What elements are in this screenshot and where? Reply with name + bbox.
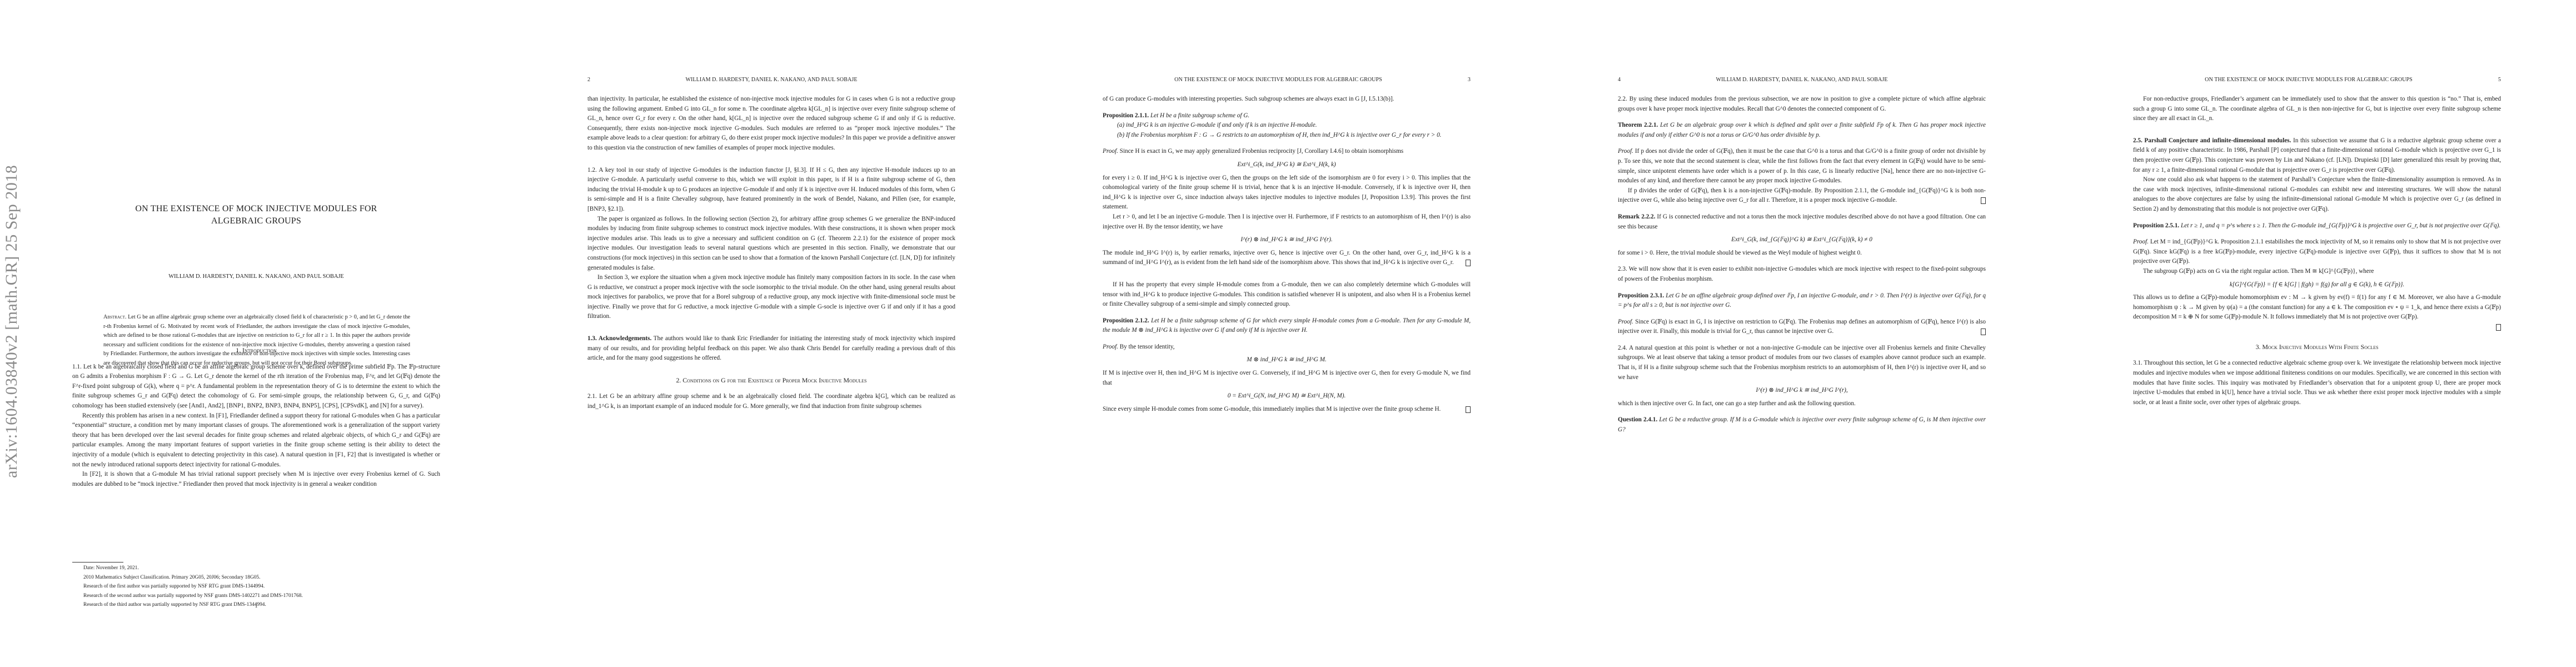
proposition-label: Proposition 2.5.1. [2133,222,2179,229]
equation-ext-iso: Ext^i_G(k, ind_H^G k) ≅ Ext^i_H(k, k) [1103,160,1471,170]
theorem-label: Theorem 2.2.1. [1618,122,1658,128]
equation-remark: Ext^i_G(k, ind_{G(𝔽q)}^G k) ≅ Ext^i_{G(𝔽… [1618,235,1986,245]
running-head: ON THE EXISTENCE OF MOCK INJECTIVE MODUL… [2133,77,2501,86]
acknowledgements: 1.3. Acknowledgements. The authors would… [587,334,955,364]
footnote-msc: 2010 Mathematics Subject Classification.… [83,573,461,583]
equation-invariants: k[G]^{G(𝔽p)} = {f ∈ k[G] | f(gh) = f(g) … [2133,280,2501,290]
proposition-text: Let G be an affine algebraic group defin… [1618,292,1986,309]
running-head: ON THE EXISTENCE OF MOCK INJECTIVE MODUL… [1103,77,1471,86]
qed-icon [2496,324,2501,331]
proof-label: Proof. [1618,148,1633,155]
proof-text-3: This allows us to define a G(𝔽p)-module … [2133,293,2501,322]
proof-text: Since G(𝔽q) is exact in G, I is injectiv… [1618,318,1986,335]
question-label: Question 2.4.1. [1618,416,1657,423]
proposition-text: Let H be a finite subgroup scheme of G. [1150,112,1249,119]
proposition-item-b: (b) If the Frobenius morphism F : G → G … [1117,131,1471,141]
proof-text-3-content: Since every simple H-module comes from s… [1103,406,1441,412]
qed-icon [1466,260,1471,266]
page-1: arXiv:1604.03840v2 [math.GR] 25 Sep 2018… [0,0,515,667]
arxiv-stamp: arXiv:1604.03840v2 [math.GR] 25 Sep 2018 [2,165,21,478]
proof-2-2-1: Proof. If p does not divide the order of… [1618,147,1986,186]
page-4: 4 WILLIAM D. HARDESTY, DANIEL K. NAKANO,… [1546,0,2061,667]
paragraph-simple-modules: If H has the property that every simple … [1103,280,1471,310]
equation-tensor-m: M ⊗ ind_H^G k ≅ ind_H^G M. [1103,355,1471,365]
remark-text: If G is connected reductive and not a to… [1618,213,1986,230]
proof-label: Proof. [1103,148,1118,155]
paragraph-organization: The paper is organized as follows. In th… [587,215,955,273]
proposition-label: Proposition 2.1.1. [1103,112,1149,119]
proof-text: By the tensor identity, [1120,344,1175,350]
equation-2-4: I^(r) ⊗ ind_H^G k ≅ ind_H^G I^(r), [1618,386,1986,396]
proposition-text: Let H be a finite subgroup scheme of G f… [1103,317,1471,334]
proposition-2-1-1: Proposition 2.1.1. Let H be a finite sub… [1103,111,1471,121]
running-title: ON THE EXISTENCE OF MOCK INJECTIVE MODUL… [1103,77,1454,83]
abstract-label: Abstract. [103,314,126,320]
proof-2-3-1: Proof. Since G(𝔽q) is exact in G, I is i… [1618,317,1986,337]
footnote-grant-2: Research of the second author was partia… [83,591,461,601]
proof-text-2-content: If p divides the order of G(𝔽q), then k … [1618,187,1986,204]
remark-after: for some i > 0. Here, the trivial module… [1618,248,1986,258]
theorem-text: Let G be an algebraic group over k which… [1618,122,1986,138]
proof-text-2: If p divides the order of G(𝔽q), then k … [1618,186,1986,206]
remark-label: Remark 2.2.2. [1618,213,1655,220]
footnote-grant-1: Research of the first author was partial… [83,582,461,591]
paragraph-continued: of G can produce G-modules with interest… [1103,94,1471,104]
proof-label: Proof. [1103,344,1118,350]
page-number: 1 [72,603,440,609]
theorem-2-2-1: Theorem 2.2.1. Let G be an algebraic gro… [1618,121,1986,140]
page-3-body: of G can produce G-modules with interest… [1103,94,1471,414]
page-2: 2 WILLIAM D. HARDESTY, DANIEL K. NAKANO,… [515,0,1030,667]
equation-tensor-identity: I^(r) ⊗ ind_H^G k ≅ ind_H^G I^(r). [1103,235,1471,245]
proof-text-4: The module ind_H^G I^(r) is, by earlier … [1103,248,1471,268]
subsection-2-5: 2.5. Parshall Conjecture and infinite-di… [2133,136,2501,175]
page-2-body: than injectivity. In particular, he esta… [587,94,955,412]
paper-title: ON THE EXISTENCE OF MOCK INJECTIVE MODUL… [72,203,440,227]
paragraph-f2: In [F2], it is shown that a G-module M h… [72,470,440,489]
proof-2-1-2: Proof. By the tensor identity, [1103,342,1471,352]
proposition-text: Let r ≥ 1, and q = p^s where s ≥ 1. Then… [2181,222,2500,229]
proof-text-2: for every i ≥ 0. If ind_H^G k is injecti… [1103,173,1471,212]
paragraph-section-3-summary: In Section 3, we explore the situation w… [587,273,955,322]
proposition-label: Proposition 2.3.1. [1618,292,1664,299]
proof-text: Let M = ind_{G(𝔽p)}^G k. Proposition 2.1… [2133,238,2501,265]
paragraph-2-4: 2.4. A natural question at this point is… [1618,344,1986,382]
paragraph-1-2: 1.2. A key tool in our study of injectiv… [587,166,955,215]
page-number: 5 [2498,77,2501,83]
running-title: WILLIAM D. HARDESTY, DANIEL K. NAKANO, A… [1618,77,1986,83]
question-2-4-1: Question 2.4.1. Let G be a reductive gro… [1618,415,1986,435]
proof-text: Since H is exact in G, we may apply gene… [1120,148,1403,155]
page-4-body: 2.2. By using these induced modules from… [1618,94,1986,435]
section-1-heading: 1. Introduction [72,346,440,356]
paragraph-continued: than injectivity. In particular, he esta… [587,94,955,153]
proposition-2-5-1: Proposition 2.5.1. Let r ≥ 1, and q = p^… [2133,221,2501,231]
remark-2-2-2: Remark 2.2.2. If G is connected reductiv… [1618,212,1986,232]
proof-text-4-content: The module ind_H^G I^(r) is, by earlier … [1103,250,1471,266]
qed-icon [1981,328,1986,335]
page-3: ON THE EXISTENCE OF MOCK INJECTIVE MODUL… [1030,0,1546,667]
paragraph-recent: Recently this problem has arisen in a ne… [72,411,440,470]
running-title: WILLIAM D. HARDESTY, DANIEL K. NAKANO, A… [587,77,955,83]
paragraph-1-1: 1.1. Let k be an algebraically closed fi… [72,362,440,411]
qed-icon [1466,406,1471,413]
proof-label: Proof. [1618,318,1633,325]
question-text: Let G be a reductive group. If M is a G-… [1618,416,1986,433]
proof-text-3: Since every simple H-module comes from s… [1103,405,1471,415]
footnote-rule [72,562,123,563]
page-1-body: 1. Introduction 1.1. Let k be an algebra… [72,346,440,489]
proposition-items: (a) ind_H^G k is an injective G-module i… [1103,121,1471,140]
title-line-1: ON THE EXISTENCE OF MOCK INJECTIVE MODUL… [72,203,440,215]
authors: WILLIAM D. HARDESTY, DANIEL K. NAKANO, A… [72,273,440,280]
proof-text: If p does not divide the order of G(𝔽q),… [1618,148,1986,184]
footnote-date: Date: November 19, 2021. [83,564,461,573]
paragraph-non-reductive: For non-reductive groups, Friedlander’s … [2133,94,2501,124]
section-2-heading: 2. Conditions on G for the Existence of … [587,376,955,386]
acknowledgements-label: 1.3. Acknowledgements. [587,335,651,342]
proof-text-2: If M is injective over H, then ind_H^G M… [1103,369,1471,388]
paragraph-2-3: 2.3. We will now show that it is even ea… [1618,265,1986,284]
proof-text-3: Let r > 0, and let I be an injective G-m… [1103,212,1471,232]
running-head: 2 WILLIAM D. HARDESTY, DANIEL K. NAKANO,… [587,77,955,86]
page-5: ON THE EXISTENCE OF MOCK INJECTIVE MODUL… [2061,0,2576,667]
running-title: ON THE EXISTENCE OF MOCK INJECTIVE MODUL… [2133,77,2484,83]
paragraph-3-1: 3.1. Throughout this section, let G be a… [2133,359,2501,407]
page-number: 3 [1468,77,1471,83]
proof-2-1-1: Proof. Since H is exact in G, we may app… [1103,147,1471,157]
paragraph-2-2: 2.2. By using these induced modules from… [1618,94,1986,114]
proof-label: Proof. [2133,238,2149,245]
running-head: 4 WILLIAM D. HARDESTY, DANIEL K. NAKANO,… [1618,77,1986,86]
page-5-body: For non-reductive groups, Friedlander’s … [2133,94,2501,407]
section-3-heading: 3. Mock Injective Modules With Finite So… [2133,342,2501,352]
proposition-2-1-2: Proposition 2.1.2. Let H be a finite sub… [1103,316,1471,336]
paragraph-2-4-after: which is then injective over G. In fact,… [1618,399,1986,409]
proof-2-5-1: Proof. Let M = ind_{G(𝔽p)}^G k. Proposit… [2133,237,2501,267]
proof-text-2: The subgroup G(𝔽p) acts on G via the rig… [2133,267,2501,277]
equation-ext-vanish: 0 = Ext^i_G(N, ind_H^G M) ≅ Ext^i_H(N, M… [1103,391,1471,401]
proposition-label: Proposition 2.1.2. [1103,317,1149,324]
proposition-2-3-1: Proposition 2.3.1. Let G be an affine al… [1618,291,1986,311]
qed-icon [1981,197,1986,204]
paragraph-now: Now one could also ask what happens to t… [2133,175,2501,214]
paragraph-2-1: 2.1. Let G be an arbitrary affine group … [587,392,955,411]
title-line-2: ALGEBRAIC GROUPS [72,215,440,227]
proposition-item-a: (a) ind_H^G k is an injective G-module i… [1117,121,1471,131]
subsection-label: 2.5. Parshall Conjecture and infinite-di… [2133,137,2291,144]
